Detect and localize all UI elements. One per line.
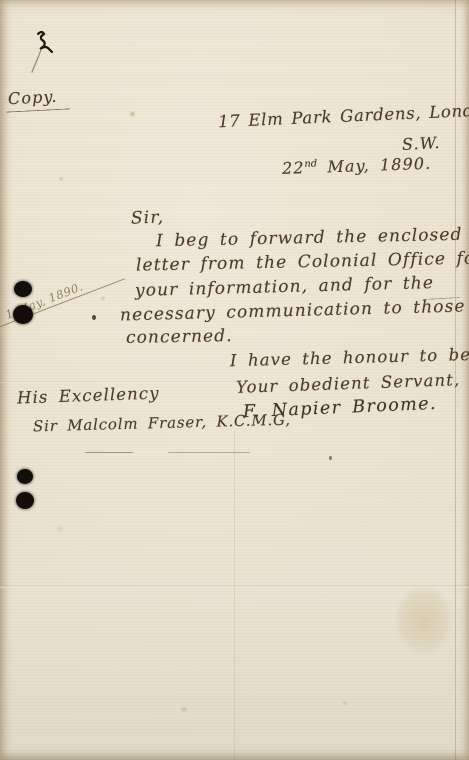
date-day: 22 xyxy=(282,158,305,178)
date-ordinal: nd xyxy=(304,158,317,169)
scanned-letter-page: { "document": { "registry_mark": "2/", "… xyxy=(0,0,469,760)
ink-squiggle xyxy=(38,32,52,52)
address-line-2: S.W. xyxy=(402,135,441,153)
underline-flourish xyxy=(85,452,133,453)
ink-speck xyxy=(329,456,332,460)
ink-speck xyxy=(92,315,96,320)
salutation: Sir, xyxy=(131,209,165,227)
punch-hole xyxy=(17,469,33,484)
copy-label: Copy. xyxy=(8,89,58,108)
ink-registry-mark xyxy=(28,26,64,78)
punch-hole xyxy=(13,305,33,324)
underline-flourish xyxy=(168,452,250,453)
date-rest: May, 1890. xyxy=(317,154,432,177)
pencil-slash xyxy=(32,50,41,72)
body-line: concerned. xyxy=(126,328,233,347)
punch-hole xyxy=(14,281,32,297)
punch-hole xyxy=(16,492,34,509)
